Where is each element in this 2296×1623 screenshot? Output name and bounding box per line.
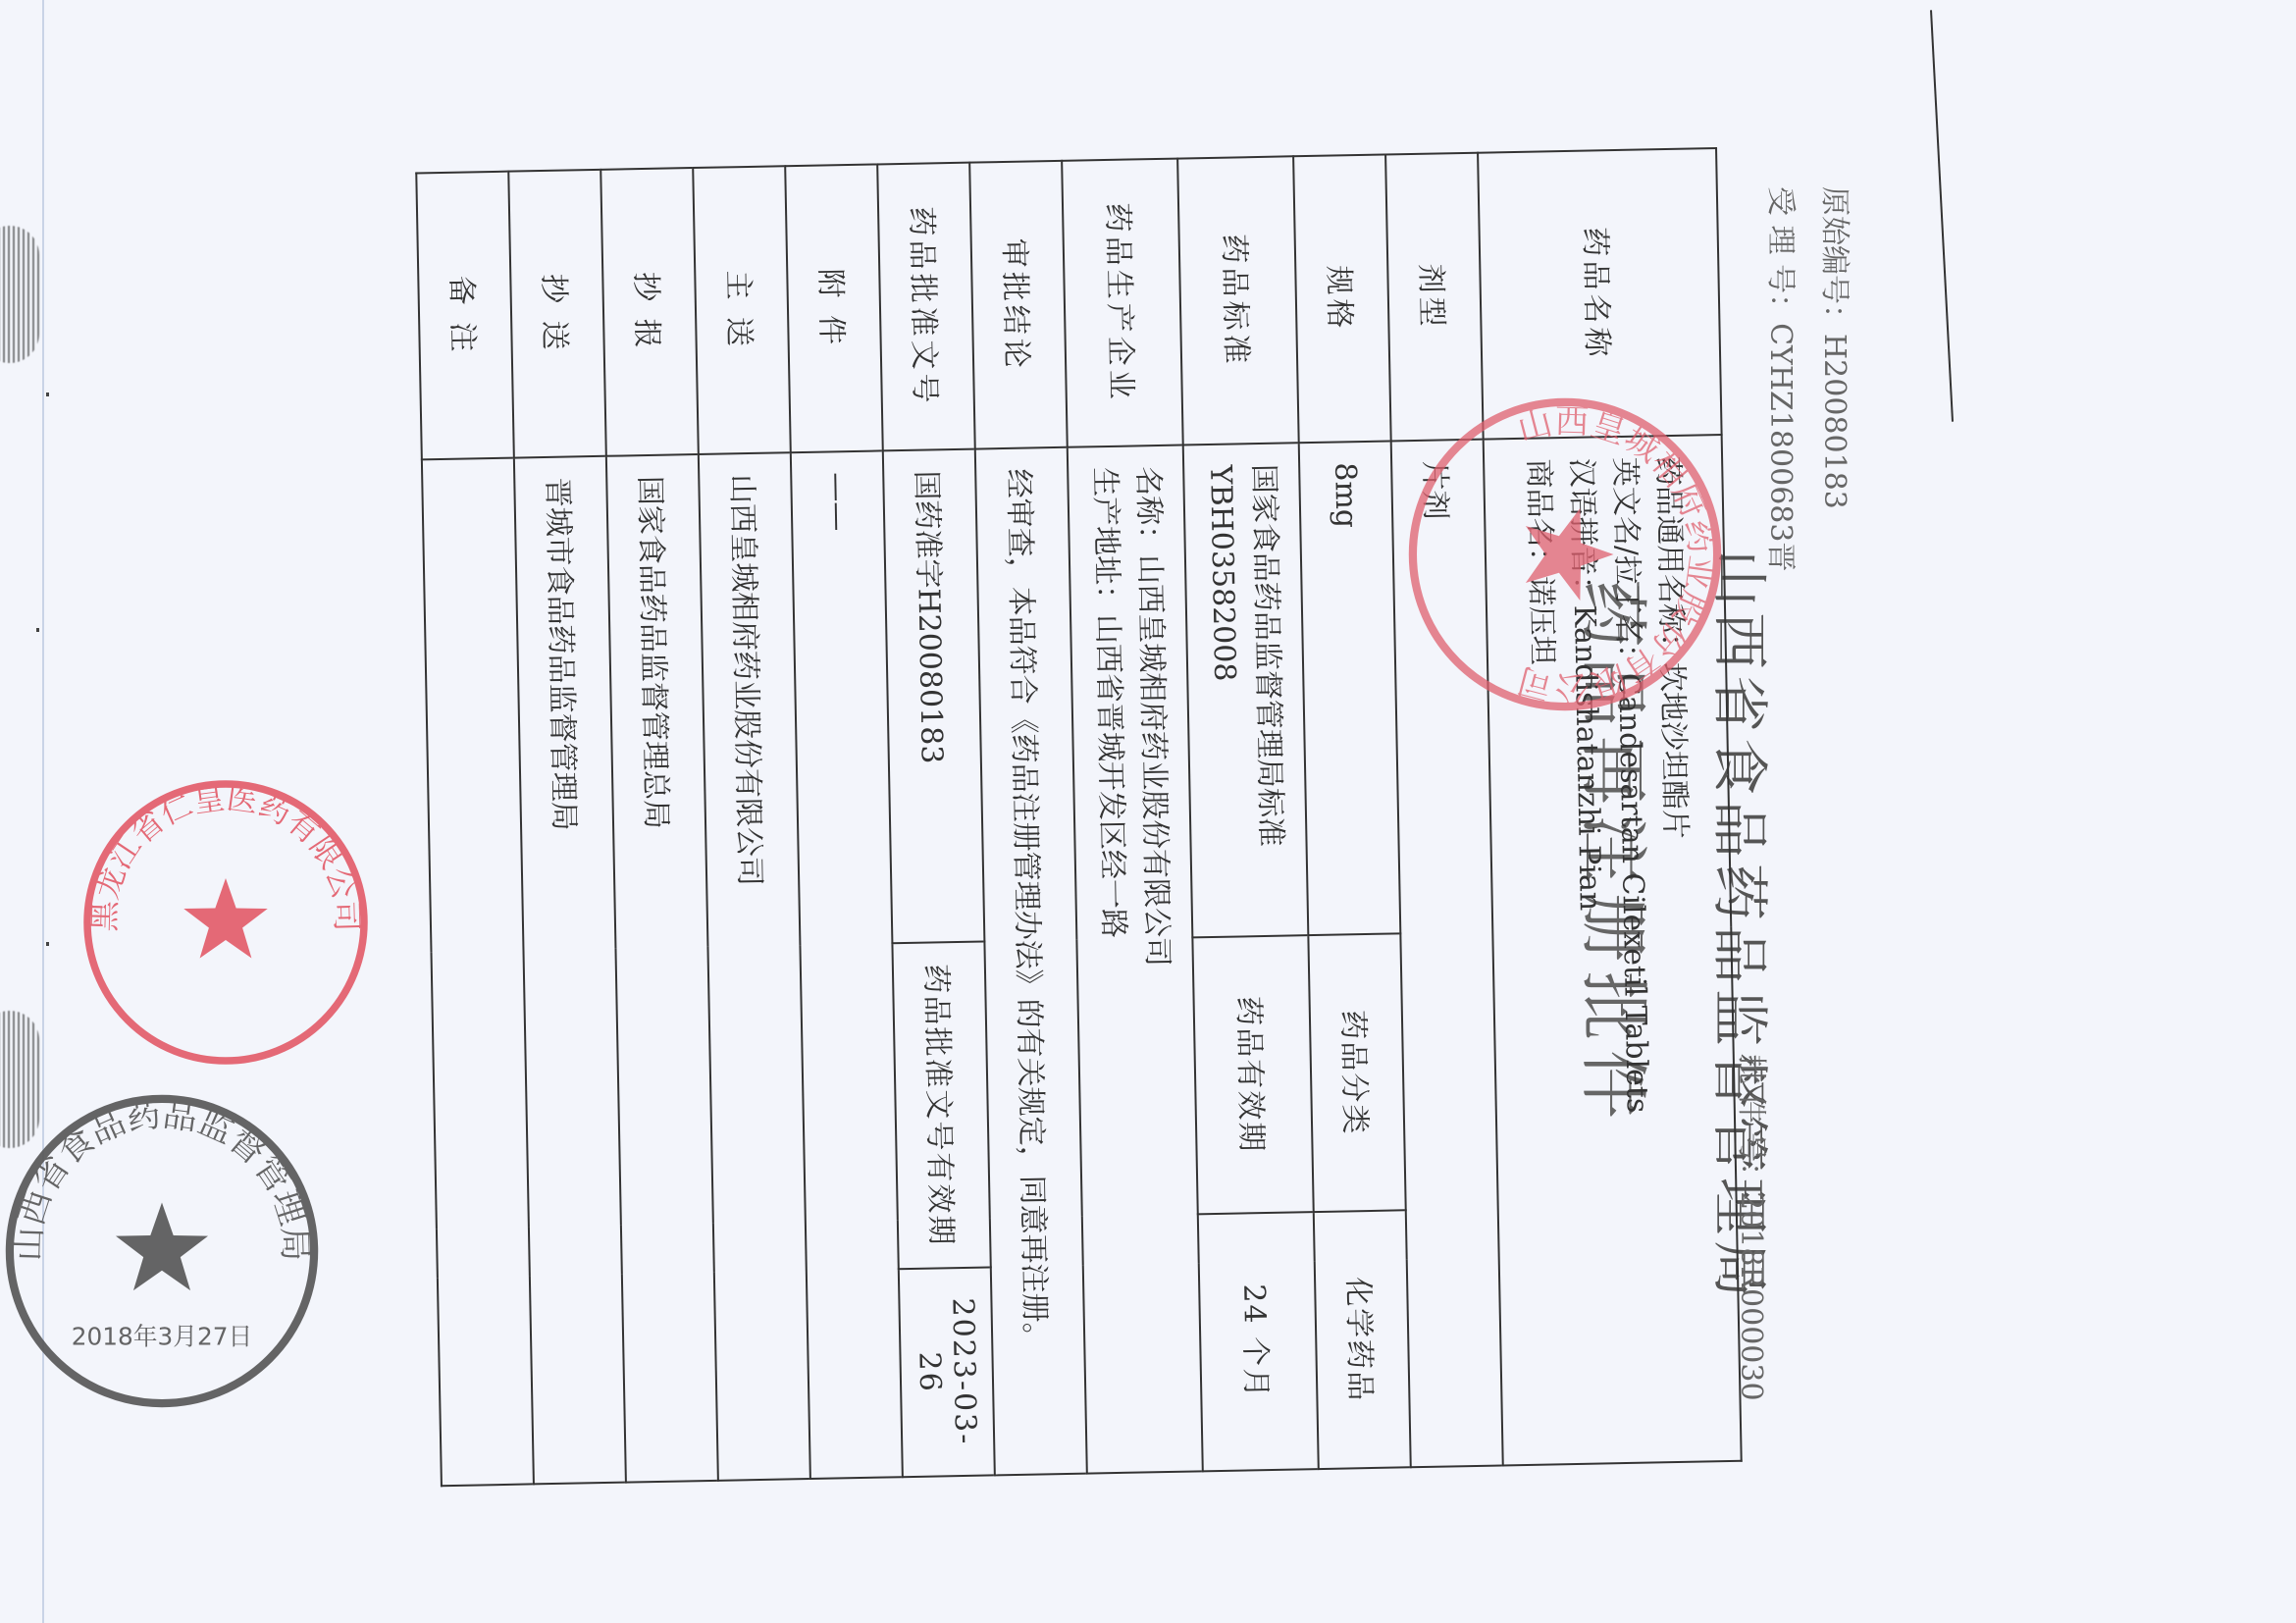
acceptance-number-label: 受 理 号： <box>1763 186 1798 323</box>
manufacturer-name-label: 名称： <box>1130 466 1167 555</box>
acceptance-number: 受 理 号：CYHZ1800683晋 <box>1762 186 1805 571</box>
pinyin-value: Kandishatanzhi Pian <box>1567 604 1607 911</box>
label-shelf-life: 药品有效期 <box>1192 935 1313 1214</box>
shelf-life-value: 24 个月 <box>1198 1212 1319 1471</box>
label-cc-send: 抄 送 <box>508 170 606 458</box>
original-number-value: H20080183 <box>1817 334 1852 509</box>
label-attachment: 附 件 <box>785 164 883 452</box>
label-drug-standard-text: 药品标准 <box>1217 234 1254 368</box>
svg-text:2018年3月27日: 2018年3月27日 <box>72 1323 252 1351</box>
scan-speck <box>46 942 49 946</box>
english-name-label: 英文名/拉丁名： <box>1608 457 1646 674</box>
cc-report-value: 国家食品药品监督管理总局 <box>606 454 718 1483</box>
distributor-seal-stamp: 黑龙江省仁皇医药有限公司 <box>78 775 373 1070</box>
label-approval-number-validity: 药品批准文号有效期 <box>892 941 990 1269</box>
english-name-value: Candesartan Cilexetil Tablets <box>1612 673 1655 1114</box>
attachment-value: —— <box>791 450 903 1479</box>
approval-document-number-label: 批 件 号： <box>1734 1055 1768 1191</box>
cc-send-value: 晋城市食品药品监督管理局 <box>514 456 626 1485</box>
drug-standard-value: 国家食品药品监督管理局标准 YBH03582008 <box>1183 443 1309 937</box>
manufacturer-address-value: 山西省晋城开发区经一路 <box>1090 614 1130 939</box>
manufacturer-cell: 名称：山西皇城相府药业股份有限公司 生产地址：山西省晋城开发区经一路 <box>1068 445 1203 1474</box>
label-drug-category: 药品分类 <box>1308 933 1405 1212</box>
label-approval-conclusion: 审批结论 <box>969 161 1068 449</box>
top-rule-line <box>1930 10 1954 422</box>
drug-name-cell: 药品通用名称：坎地沙坦酯片 英文名/拉丁名：Candesartan Cilexe… <box>1484 435 1742 1465</box>
main-recipient-value: 山西皇城相府药业股份有限公司 <box>699 452 810 1481</box>
scanned-document-page: 山西省食品药品监督管理局 药品再注册批件 原始编号：H20080183 受 理 … <box>0 0 2296 1623</box>
label-manufacturer: 药品生产企业 <box>1062 159 1183 447</box>
trade-name-value: 诺压坦 <box>1524 576 1560 665</box>
label-approval-number: 药品批准文号 <box>877 163 975 451</box>
drug-category-value: 化学药品 <box>1314 1210 1411 1469</box>
scan-speck <box>36 628 39 632</box>
scan-smudge <box>0 226 39 363</box>
approval-number-value: 国药准字H20080183 <box>883 449 985 944</box>
specification-value: 8mg <box>1299 441 1401 935</box>
approval-conclusion-value: 经审查，本品符合《药品注册管理办法》的有关规定，同意再注册。 <box>975 447 1087 1476</box>
label-dosage-form: 剂型 <box>1385 153 1484 442</box>
label-remarks: 备 注 <box>416 172 514 460</box>
label-specification: 规格 <box>1293 154 1391 443</box>
remarks-value <box>422 458 534 1487</box>
manufacturer-name-value: 山西皇城相府药业股份有限公司 <box>1132 554 1174 968</box>
generic-name-value: 坎地沙坦酯片 <box>1655 662 1693 840</box>
dosage-form-value: 片剂 <box>1391 440 1503 1468</box>
manufacturer-address-label: 生产地址： <box>1087 467 1124 615</box>
label-main-recipient: 主 送 <box>693 166 791 454</box>
scan-smudge <box>0 1011 39 1148</box>
drug-standard-line1: 国家食品药品监督管理局标准 <box>1241 464 1293 916</box>
table-row-drug-name: 药品名称 药品通用名称：坎地沙坦酯片 英文名/拉丁名：Candesartan C… <box>1478 148 1742 1465</box>
drug-standard-line2: YBH03582008 <box>1198 464 1250 916</box>
acceptance-number-value: CYHZ1800683晋 <box>1763 323 1798 571</box>
svg-text:黑龙江省仁皇医药有限公司: 黑龙江省仁皇医药有限公司 <box>87 781 364 932</box>
generic-name-label: 药品通用名称： <box>1651 456 1690 663</box>
registration-approval-table: 药品名称 药品通用名称：坎地沙坦酯片 英文名/拉丁名：Candesartan C… <box>415 147 1742 1487</box>
scan-edge-line <box>42 0 44 1623</box>
original-number: 原始编号：H20080183 <box>1816 186 1859 509</box>
original-number-label: 原始编号： <box>1817 186 1852 334</box>
authority-seal-stamp: 山西省食品药品监督管理局2018年3月27日 <box>0 1089 324 1413</box>
label-cc-report: 抄 报 <box>600 168 699 456</box>
svg-text:山西省食品药品监督管理局: 山西省食品药品监督管理局 <box>10 1095 314 1262</box>
trade-name-label: 商品名： <box>1522 458 1558 577</box>
scan-speck <box>46 393 49 396</box>
approval-number-validity-value: 2023-03-26 <box>899 1267 995 1477</box>
pinyin-label: 汉语拼音： <box>1565 457 1602 605</box>
label-drug-name: 药品名称 <box>1478 148 1722 440</box>
label-drug-standard: 药品标准 <box>1177 156 1299 445</box>
